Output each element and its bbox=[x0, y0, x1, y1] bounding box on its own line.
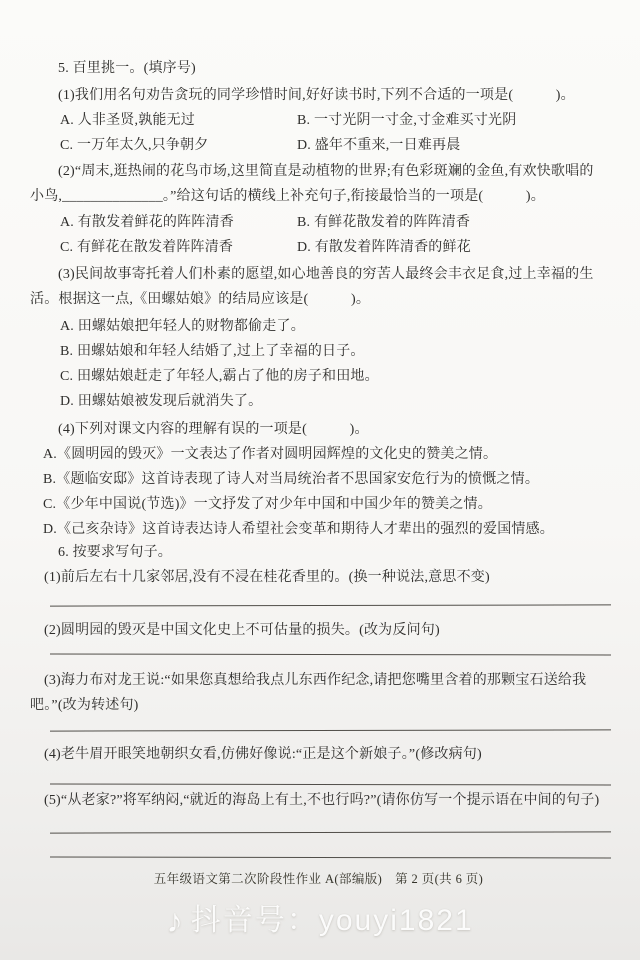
q6-3-stem-line1: (3)海力布对龙王说:“如果您真想给我点儿东西作纪念,请把您嘴里含着的那颗宝石送… bbox=[30, 668, 607, 693]
q5-4-option-d: D.《己亥杂诗》这首诗表达诗人希望社会变革和期待人才辈出的强烈的爱国情感。 bbox=[30, 517, 607, 542]
q5-4-option-c: C.《少年中国说(节选)》一文抒发了对少年中国和中国少年的赞美之情。 bbox=[30, 492, 607, 517]
q6-1-answer-line bbox=[50, 604, 611, 606]
q5-4-stem: (4)下列对课文内容的理解有误的一项是( )。 bbox=[30, 417, 607, 442]
q5-2-stem-line1: (2)“周末,逛热闹的花鸟市场,这里简直是动植物的世界;有色彩斑斓的金鱼,有欢快… bbox=[30, 159, 607, 184]
q5-2-options-row1: A. 有散发着鲜花的阵阵清香 B. 有鲜花散发着的阵阵清香 bbox=[30, 210, 607, 235]
q5-1-options-row2: C. 一万年太久,只争朝夕 D. 盛年不重来,一日难再晨 bbox=[30, 133, 607, 158]
q5-2-option-d: D. 有散发着阵阵清香的鲜花 bbox=[297, 235, 607, 260]
q6-2-answer-line bbox=[50, 654, 611, 656]
q6-4-stem: (4)老牛眉开眼笑地朝织女看,仿佛好像说:“正是这个新娘子。”(修改病句) bbox=[30, 742, 607, 767]
q5-3-stem-line2: 活。根据这一点,《田螺姑娘》的结局应该是( )。 bbox=[30, 287, 607, 312]
q6-title: 6. 按要求写句子。 bbox=[30, 540, 607, 565]
q5-4-option-b: B.《题临安邸》这首诗表现了诗人对当局统治者不思国家安危行为的愤慨之情。 bbox=[30, 467, 607, 492]
q5-3-stem-line1: (3)民间故事寄托着人们朴素的愿望,如心地善良的穷苦人最终会丰衣足食,过上幸福的… bbox=[30, 262, 607, 287]
q6-2-stem: (2)圆明园的毁灭是中国文化史上不可估量的损失。(改为反问句) bbox=[30, 618, 607, 643]
q6-4-answer-line bbox=[50, 784, 611, 786]
q5-1-option-c: C. 一万年太久,只争朝夕 bbox=[60, 133, 297, 158]
q6-5-answer-line1 bbox=[50, 831, 611, 833]
q6-3-stem-line2: 吧。”(改为转述句) bbox=[30, 693, 607, 718]
q5-title: 5. 百里挑一。(填序号) bbox=[30, 56, 607, 81]
q5-3-option-d: D. 田螺姑娘被发现后就消失了。 bbox=[30, 389, 607, 414]
q6-3-answer-line bbox=[50, 729, 611, 731]
q5-1-option-b: B. 一寸光阴一寸金,寸金难买寸光阴 bbox=[297, 108, 607, 133]
q5-3-option-a: A. 田螺姑娘把年轻人的财物都偷走了。 bbox=[30, 314, 607, 339]
q6-1-stem: (1)前后左右十几家邻居,没有不浸在桂花香里的。(换一种说法,意思不变) bbox=[30, 565, 607, 590]
q6-5-stem: (5)“从老家?”将军纳闷,“就近的海岛上有土,不也行吗?”(请你仿写一个提示语… bbox=[30, 788, 607, 813]
q5-3-option-c: C. 田螺姑娘赶走了年轻人,霸占了他的房子和田地。 bbox=[30, 364, 607, 389]
q5-1-option-d: D. 盛年不重来,一日难再晨 bbox=[297, 133, 607, 158]
q5-4-option-a: A.《圆明园的毁灭》一文表达了作者对圆明园辉煌的文化史的赞美之情。 bbox=[30, 442, 607, 467]
q5-2-option-c: C. 有鲜花在散发着阵阵清香 bbox=[60, 235, 297, 260]
q5-2-option-a: A. 有散发着鲜花的阵阵清香 bbox=[60, 210, 297, 235]
q5-2-option-b: B. 有鲜花散发着的阵阵清香 bbox=[297, 210, 607, 235]
q5-2-stem-line2: 小鸟,______________。”给这句话的横线上补充句子,衔接最恰当的一项… bbox=[30, 184, 607, 209]
douyin-note-icon: ♪ bbox=[166, 902, 185, 939]
watermark: ♪抖音号：youyi1821 bbox=[0, 898, 640, 944]
q5-1-options-row1: A. 人非圣贤,孰能无过 B. 一寸光阴一寸金,寸金难买寸光阴 bbox=[30, 108, 607, 133]
watermark-text: 抖音号：youyi1821 bbox=[191, 904, 474, 937]
page-footer: 五年级语文第二次阶段性作业 A(部编版) 第 2 页(共 6 页) bbox=[30, 867, 607, 892]
exam-page: 5. 百里挑一。(填序号) (1)我们用名句劝告贪玩的同学珍惜时间,好好读书时,… bbox=[0, 0, 640, 960]
q5-1-option-a: A. 人非圣贤,孰能无过 bbox=[60, 108, 297, 133]
q6-5-answer-line2 bbox=[50, 857, 611, 859]
q5-1-stem: (1)我们用名句劝告贪玩的同学珍惜时间,好好读书时,下列不合适的一项是( )。 bbox=[30, 83, 607, 108]
q5-2-options-row2: C. 有鲜花在散发着阵阵清香 D. 有散发着阵阵清香的鲜花 bbox=[30, 235, 607, 260]
q5-3-option-b: B. 田螺姑娘和年轻人结婚了,过上了幸福的日子。 bbox=[30, 339, 607, 364]
